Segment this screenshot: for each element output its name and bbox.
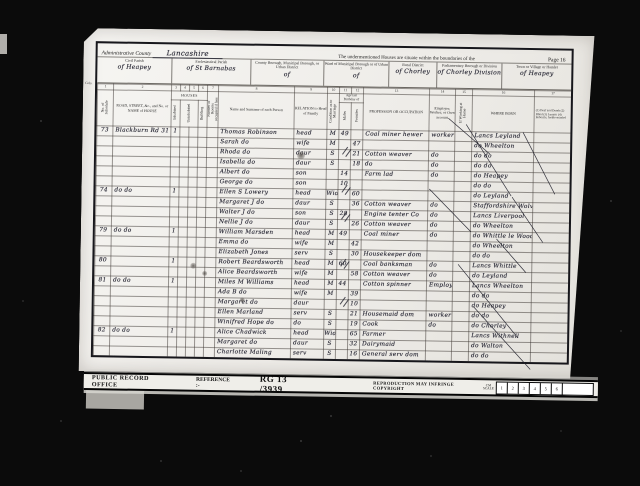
cell-dis [532, 223, 569, 234]
cell-af: 58 [349, 270, 361, 280]
cell-am: 14 [338, 170, 350, 180]
cell-cond: M [325, 259, 337, 269]
cell-rel: serv [291, 309, 324, 320]
cell-rel: head [294, 129, 327, 140]
cell-am [336, 319, 348, 329]
cell-af [349, 230, 361, 240]
cell-rm [205, 237, 216, 247]
cell-cond: S [325, 219, 337, 229]
district-box-value: of [284, 71, 291, 78]
cell-inh [170, 157, 179, 167]
pro-copyright-text: REPRODUCTION MAY INFRINGE COPYRIGHT [373, 381, 483, 393]
cell-inh [168, 297, 177, 307]
cell-am: 22 [335, 359, 347, 364]
cell-bl [195, 317, 204, 327]
cell-am [338, 160, 350, 170]
cell-rel: wife [294, 139, 327, 150]
cell-uo [179, 207, 188, 217]
cell-dis [532, 253, 569, 264]
cell-rel: head [292, 259, 325, 270]
cell-emp: do [427, 271, 453, 281]
cell-inh [170, 207, 179, 217]
film-noise [0, 0, 2, 2]
film-edge-artifact [0, 34, 7, 54]
cell-dis [531, 313, 568, 324]
cell-af [350, 180, 362, 190]
cell-inh: 1 [168, 327, 177, 337]
cell-rel: daur [293, 159, 326, 170]
cell-dis [532, 273, 569, 284]
cell-cond: M [325, 269, 337, 279]
cell-n [96, 156, 112, 166]
cell-inh [169, 267, 178, 277]
cell-emp [426, 301, 452, 311]
cell-no [185, 347, 194, 357]
cell-cond [324, 299, 336, 309]
cell-rel: daur [290, 339, 323, 350]
cell-n [94, 306, 110, 316]
cell-n [96, 196, 112, 206]
cell-am: 49 [337, 230, 349, 240]
cell-bl [195, 307, 204, 317]
cell-emp [426, 331, 452, 341]
cell-no [188, 177, 197, 187]
district-box-value: of Heapey [520, 70, 554, 78]
header-employer: Employer, Worker, or Own account [429, 95, 456, 131]
cell-rel: head [293, 189, 326, 200]
ink-blot [240, 297, 245, 302]
cell-cond: S [326, 209, 338, 219]
cell-inh [168, 317, 177, 327]
ink-blot [297, 151, 305, 159]
cell-rm [203, 347, 214, 357]
cell-rm [206, 167, 217, 177]
cell-rel: son [293, 169, 326, 180]
cell-no [187, 217, 196, 227]
district-box-label: County Borough, Municipal Borough, or Ur… [251, 60, 324, 71]
cell-af: 39 [348, 290, 360, 300]
cell-rel: head [291, 329, 324, 340]
cell-n: 80 [95, 256, 111, 266]
cell-home [454, 171, 471, 181]
cm-scale-cell: 4 [530, 383, 541, 394]
cell-no [186, 327, 195, 337]
cell-cond [326, 169, 338, 179]
cell-am [336, 329, 348, 339]
cell-rel: wife [292, 239, 325, 250]
district-box-value: of [353, 72, 360, 79]
cell-no [189, 137, 198, 147]
cell-rm [203, 357, 214, 364]
cell-uo [179, 197, 188, 207]
cell-no [186, 317, 195, 327]
cell-emp: do [428, 151, 454, 161]
cell-emp [425, 351, 451, 361]
cell-no [187, 227, 196, 237]
cell-bl [196, 237, 205, 247]
cell-addr [109, 356, 167, 365]
cell-rel: daur [291, 299, 324, 310]
cell-uo [177, 307, 186, 317]
cm-scale-cells: 123456 [496, 381, 594, 396]
cell-bl [197, 147, 206, 157]
cm-scale-cell: 3 [519, 382, 530, 393]
cell-dis [532, 213, 569, 224]
cols-label: Cols. [85, 81, 92, 85]
cell-rm [207, 127, 218, 137]
film-artifact [86, 388, 144, 410]
cell-no [185, 337, 194, 347]
cell-af: 21 [350, 150, 362, 160]
cell-inh [170, 197, 179, 207]
cell-cond: S [324, 309, 336, 319]
cell-inh [171, 137, 180, 147]
cell-no [186, 277, 195, 287]
cell-no [186, 287, 195, 297]
cell-af [350, 210, 362, 220]
cell-rel: son [293, 209, 326, 220]
cell-uo [178, 237, 187, 247]
cell-am [335, 339, 347, 349]
cell-home [454, 201, 471, 211]
cell-inh [168, 337, 177, 347]
cell-emp [427, 251, 453, 261]
cell-uo [178, 267, 187, 277]
cell-dis [531, 293, 568, 304]
cell-inh [169, 247, 178, 257]
cell-uo [177, 287, 186, 297]
cell-n: 81 [94, 276, 110, 286]
cell-n [93, 356, 109, 365]
cell-cond: Wid [324, 329, 336, 339]
cell-uo [178, 217, 187, 227]
cell-rm [206, 147, 217, 157]
cell-dis [534, 133, 571, 144]
cell-bl [197, 197, 206, 207]
cell-rm [206, 157, 217, 167]
cell-bl [197, 187, 206, 197]
cell-rel: wife [291, 289, 324, 300]
cell-cond: S [324, 319, 336, 329]
cell-cond: M [327, 139, 339, 149]
header-relation: RELATION to Head of Family [294, 93, 328, 130]
header-road: ROAD, STREET, &c., and No. or NAME of HO… [113, 90, 172, 127]
cell-no [187, 237, 196, 247]
cell-emp: Employer [426, 281, 452, 291]
cell-no [188, 157, 197, 167]
cell-bl [195, 287, 204, 297]
district-box-label: Town or Village or Hamlet [516, 64, 558, 70]
cell-emp [427, 241, 453, 251]
cell-af [350, 170, 362, 180]
cell-rm [204, 317, 215, 327]
district-box-value: of Chorley [395, 68, 430, 76]
cell-am [338, 200, 350, 210]
cell-bl [198, 127, 207, 137]
page-number: Page 16 [512, 57, 572, 64]
cell-home [451, 341, 468, 351]
cell-emp: do [428, 171, 454, 181]
cell-cond: S [323, 339, 335, 349]
cell-cond: S [326, 159, 338, 169]
cell-rel: serv [292, 249, 325, 260]
cell-rm [206, 197, 217, 207]
district-box-label: Civil Parish [125, 58, 144, 64]
header-rooms: Number of Rooms occupied if less than Fi… [207, 91, 219, 127]
district-box-value: of St Barnabas [187, 65, 236, 73]
cell-dis [532, 263, 569, 274]
cell-rm [204, 277, 215, 287]
cell-no [189, 127, 198, 137]
cell-af: 36 [350, 200, 362, 210]
cell-dis [532, 243, 569, 254]
cell-emp [426, 291, 452, 301]
cell-n [97, 136, 113, 146]
cell-no [187, 247, 196, 257]
cell-inh [168, 287, 177, 297]
cell-rm [206, 207, 217, 217]
cell-rel: daur [292, 219, 325, 230]
header-schedule: No. of Schedule [97, 90, 114, 126]
census-page: Cols. Administrative County Lancashire T… [79, 28, 596, 379]
cell-af [348, 280, 360, 290]
cm-scale-ruler: CMSCALE 123456 [483, 381, 594, 396]
district-box: Town or Village or Hamletof Heapey [502, 64, 571, 90]
cell-no [188, 147, 197, 157]
cell-emp [429, 141, 455, 151]
cell-inh: 1 [171, 127, 180, 137]
cell-rm [205, 247, 216, 257]
cell-bl [197, 207, 206, 217]
cell-rel: daur [293, 199, 326, 210]
cell-no [186, 297, 195, 307]
cell-inh: 1 [169, 227, 178, 237]
cell-af: 30 [349, 250, 361, 260]
cell-rm [204, 307, 215, 317]
microfilm-frame: Cols. Administrative County Lancashire T… [0, 0, 640, 486]
cell-af [351, 130, 363, 140]
cell-rm [206, 177, 217, 187]
header-uninhabited: Uninhabited [180, 100, 198, 127]
cell-uo [178, 227, 187, 237]
cm-scale-cell: 1 [497, 382, 508, 393]
cell-af: 19 [348, 320, 360, 330]
cell-home [452, 321, 469, 331]
cell-inh [167, 357, 176, 365]
cell-rm [204, 297, 215, 307]
cell-uo [179, 157, 188, 167]
cell-n [94, 296, 110, 306]
cell-uo [176, 357, 185, 365]
cell-n [96, 206, 112, 216]
cell-rel: serv [290, 349, 323, 360]
cell-n [96, 176, 112, 186]
cell-n: 73 [97, 126, 113, 136]
cell-bl [195, 327, 204, 337]
cell-bl [194, 347, 203, 357]
header-name: Name and Surname of each Person [218, 92, 295, 129]
cell-inh [169, 217, 178, 227]
cell-af: 10 [348, 300, 360, 310]
cell-cond [326, 179, 338, 189]
cell-emp: do [427, 231, 453, 241]
cell-emp: worker [429, 131, 455, 141]
cell-dis [531, 333, 568, 344]
cell-rel: head [291, 279, 324, 290]
cell-no [188, 167, 197, 177]
cell-bl [194, 337, 203, 347]
cell-am [337, 269, 349, 279]
district-box: County Borough, Municipal Borough, or Ur… [251, 60, 325, 86]
cell-n [95, 236, 111, 246]
cell-emp: worker [425, 361, 451, 365]
cell-n [96, 166, 112, 176]
district-box-label: Rural District [402, 62, 423, 68]
cell-no [188, 187, 197, 197]
cell-cond: M [327, 129, 339, 139]
cell-n [94, 316, 110, 326]
cell-cond: Wid [326, 189, 338, 199]
cell-dis [530, 363, 567, 365]
cell-af: 47 [351, 140, 363, 150]
cell-uo [177, 337, 186, 347]
cell-uo [177, 327, 186, 337]
cell-cond: M [324, 289, 336, 299]
cell-no [187, 267, 196, 277]
cell-rel: serv [290, 359, 323, 365]
cell-rm [204, 327, 215, 337]
cell-no [188, 197, 197, 207]
cell-dis [534, 143, 571, 154]
cell-home [452, 281, 469, 291]
cell-cond: S [326, 199, 338, 209]
district-box-label: Parliamentary Borough or Division [442, 63, 497, 69]
cell-inh [169, 237, 178, 247]
cm-scale-cell: 6 [552, 383, 563, 394]
cell-uo [178, 247, 187, 257]
header-profession: PROFESSION OR OCCUPATION [363, 94, 430, 131]
cell-bl [198, 137, 207, 147]
cell-n [95, 246, 111, 256]
cell-rel: wife [292, 269, 325, 280]
cell-uo [179, 177, 188, 187]
census-rows: 73Blackburn Rd 311Thomas RobinsonheadM49… [93, 126, 571, 365]
cell-cond: M [324, 279, 336, 289]
cell-inh [170, 147, 179, 157]
cell-dis [530, 343, 567, 354]
cell-home [454, 181, 471, 191]
cell-uo [177, 277, 186, 287]
cell-no [188, 207, 197, 217]
district-box-value: of Heapey [118, 64, 152, 72]
header-age-group: Age last Birthday of [339, 94, 363, 103]
district-box: Ward of Municipal Borough or of Urban Di… [324, 61, 389, 87]
cell-rm [207, 137, 218, 147]
cell-cond: S [323, 349, 335, 359]
cell-cond: S [325, 249, 337, 259]
cm-scale-cell-blank [563, 383, 593, 394]
cell-rm [205, 257, 216, 267]
header-disability: (1) Deaf and Dumb (2) Blind (3) Lunatic … [534, 97, 572, 134]
cell-uo [180, 137, 189, 147]
cell-emp: worker [426, 311, 452, 321]
cell-dis [531, 323, 568, 334]
cell-occ: Farm labourer [359, 360, 425, 365]
cell-am [336, 309, 348, 319]
cell-home [453, 251, 470, 261]
cell-bl [197, 177, 206, 187]
cell-dis [533, 173, 570, 184]
cell-uo [176, 347, 185, 357]
cell-bl [196, 257, 205, 267]
cell-af: 26 [349, 220, 361, 230]
cell-n: 74 [96, 186, 112, 196]
cell-cond: M [325, 239, 337, 249]
cell-am [337, 250, 349, 260]
cell-am [335, 349, 347, 359]
cell-n: 82 [94, 326, 110, 336]
cell-emp [428, 181, 454, 191]
cell-af [347, 360, 359, 365]
ink-blot [202, 271, 207, 276]
cell-uo [179, 187, 188, 197]
cell-no [185, 357, 194, 365]
header-where-born: WHERE BORN [472, 96, 535, 133]
cell-n [94, 336, 110, 346]
cell-rel: do [291, 319, 324, 330]
pro-office-label: PUBLIC RECORD OFFICE [92, 374, 174, 389]
cell-rm [203, 337, 214, 347]
ink-blot [190, 263, 196, 269]
cell-emp: do [428, 161, 454, 171]
district-box: Ecclesiastical Parishof St Barnabas [172, 58, 251, 84]
district-box-value: of Chorley Division [437, 69, 501, 77]
cell-bl [194, 357, 203, 364]
cell-inh [170, 177, 179, 187]
cell-inh: 1 [168, 277, 177, 287]
cell-home [454, 191, 471, 201]
cell-af: 16 [347, 350, 359, 360]
district-box-label: Ward of Municipal Borough or of Urban Di… [324, 61, 388, 72]
cell-uo [178, 257, 187, 267]
district-box-label: Ecclesiastical Parish [195, 59, 227, 65]
pro-reference-label: REFERENCE :- [196, 377, 234, 390]
cell-am [337, 240, 349, 250]
cell-dis [531, 303, 568, 314]
cell-n: 79 [95, 226, 111, 236]
cell-dis [533, 193, 570, 204]
header-age-females: Females [351, 103, 363, 130]
cell-af [349, 260, 361, 270]
cell-home [454, 161, 471, 171]
district-box: Civil Parishof Heapey [97, 57, 172, 83]
cell-af: 18 [350, 160, 362, 170]
cell-af: 65 [348, 330, 360, 340]
cell-home [452, 301, 469, 311]
cell-inh [168, 307, 177, 317]
cell-rm [204, 287, 215, 297]
cell-af: 42 [349, 240, 361, 250]
cell-n [94, 286, 110, 296]
cell-rel: son [293, 179, 326, 190]
cell-n [95, 266, 111, 276]
cell-uo [179, 167, 188, 177]
cell-bl [195, 297, 204, 307]
district-box: Rural Districtof Chorley [389, 62, 438, 88]
cm-scale-label: CMSCALE [483, 384, 494, 391]
cell-dis [530, 353, 567, 364]
cell-af: 32 [347, 340, 359, 350]
